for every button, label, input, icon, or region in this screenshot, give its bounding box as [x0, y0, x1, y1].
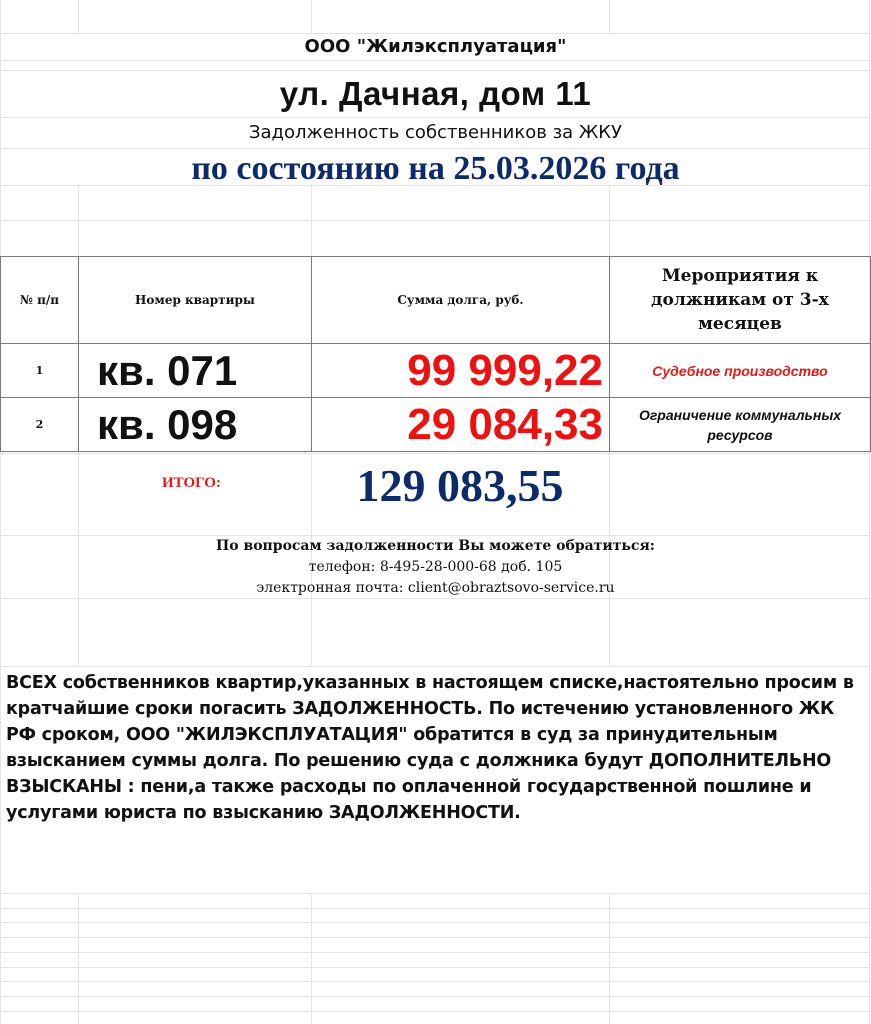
- row-number: 2: [1, 398, 79, 452]
- as-of-date: по состоянию на 25.03.2026 года: [0, 150, 871, 188]
- debt-amount: 29 084,33: [312, 398, 610, 452]
- col-header-debt: Сумма долга, руб.: [312, 257, 610, 344]
- contact-phone: телефон: 8-495-28-000-68 доб. 105: [0, 559, 871, 575]
- company-name: ООО "Жилэксплуатация": [0, 36, 871, 57]
- debt-table: № п/п Номер квартиры Сумма долга, руб. М…: [0, 256, 871, 452]
- total-amount: 129 083,55: [311, 459, 609, 512]
- contact-intro: По вопросам задолженности Вы можете обра…: [0, 538, 871, 554]
- table-row: 2 кв. 098 29 084,33 Ограничение коммунал…: [1, 398, 871, 452]
- debtor-notice: ВСЕХ собственников квартир,указанных в н…: [6, 670, 866, 826]
- debt-amount: 99 999,22: [312, 344, 610, 398]
- col-header-apartment: Номер квартиры: [79, 257, 312, 344]
- col-header-action: Мероприятия к должникам от 3-х месяцев: [610, 257, 871, 344]
- debtor-action: Ограничение коммунальных ресурсов: [610, 398, 871, 452]
- contact-email: электронная почта: client@obraztsovo-ser…: [0, 580, 871, 596]
- apartment-number: кв. 098: [79, 398, 312, 452]
- table-row: 1 кв. 071 99 999,22 Судебное производств…: [1, 344, 871, 398]
- total-label: ИТОГО:: [162, 475, 221, 492]
- debtor-action: Судебное производство: [610, 344, 871, 398]
- address-title: ул. Дачная, дом 11: [0, 75, 871, 113]
- col-header-number: № п/п: [1, 257, 79, 344]
- row-number: 1: [1, 344, 79, 398]
- apartment-number: кв. 071: [79, 344, 312, 398]
- report-subtitle: Задолженность собственников за ЖКУ: [0, 122, 871, 143]
- table-header-row: № п/п Номер квартиры Сумма долга, руб. М…: [1, 257, 871, 344]
